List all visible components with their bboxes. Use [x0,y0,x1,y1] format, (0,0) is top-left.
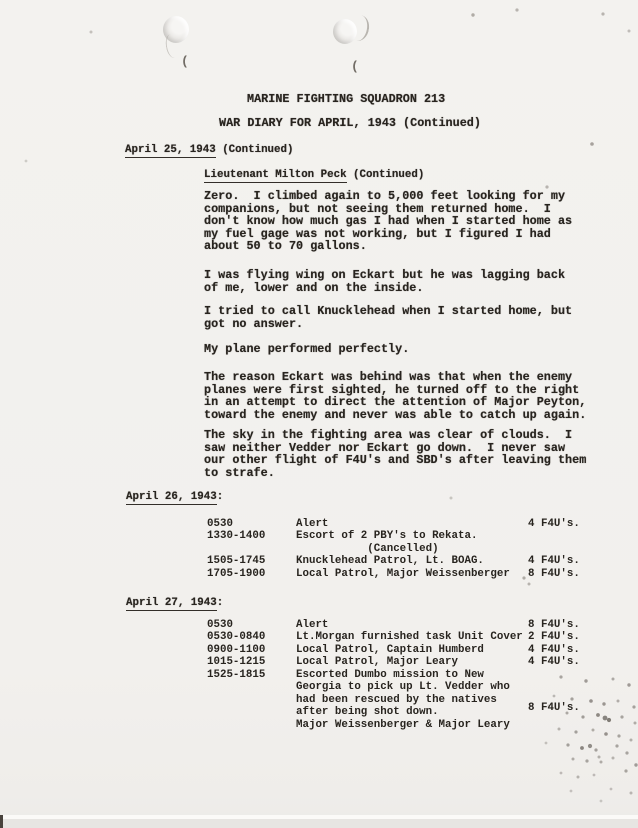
scan-bottom-band [0,819,638,828]
entry-planes: 8 F4U's. [528,568,580,580]
entry-planes: 4 F4U's. [528,555,580,567]
diary-table-apr27: 0530Alert8 F4U's. 0530-0840Lt.Morgan fur… [207,619,627,731]
scanned-war-diary-page: ( ( MARINE FIGHTING SQUADRON 213 WAR DIA… [0,0,638,828]
document-subtitle: WAR DIARY FOR APRIL, 1943 (Continued) [219,117,481,130]
entry-planes: 2 F4U's. [528,631,580,643]
document-title: MARINE FIGHTING SQUADRON 213 [247,93,445,106]
table-row: 1525-1815Escorted Dumbo mission to New G… [207,669,627,719]
section-heading-apr26: April 26, 1943: [126,491,223,503]
scan-corner-mark [0,815,3,828]
entry-planes: 8 F4U's. [528,702,580,714]
section-date-suffix-apr25: (Continued) [216,144,294,156]
paragraph: The sky in the fighting area was clear o… [204,429,586,479]
paragraph: My plane performed perfectly. [204,343,409,356]
entry-description: Alert [296,518,529,530]
entry-time: 1505-1745 [207,555,296,567]
section-heading-apr25: April 25, 1943 (Continued) [125,144,293,156]
entry-time: 1015-1215 [207,656,296,668]
paragraph: I tried to call Knucklehead when I start… [204,305,572,330]
entry-planes: 8 F4U's. [528,619,580,631]
entry-description: Major Weissenberger & Major Leary [296,719,529,731]
paragraph: The reason Eckart was behind was that wh… [204,371,586,421]
table-row: Major Weissenberger & Major Leary [207,719,627,731]
table-row: 1505-1745Knucklehead Patrol, Lt. BOAG.4 … [207,555,627,567]
entry-time: 0530 [207,518,296,530]
table-row: 0530Alert4 F4U's. [207,518,627,530]
stray-paren-mark-left: ( [181,54,189,69]
table-row: 1330-1400Escort of 2 PBY's to Rekata. (C… [207,530,627,555]
entry-time: 0900-1100 [207,644,296,656]
entry-time: 0530-0840 [207,631,296,643]
officer-name: Lieutenant Milton Peck [204,169,347,183]
entry-description: Escorted Dumbo mission to New Georgia to… [296,669,529,719]
entry-time: 1525-1815 [207,669,296,681]
entry-planes: 4 F4U's. [528,644,580,656]
entry-time: 1330-1400 [207,530,296,542]
table-row: 0900-1100Local Patrol, Captain Humberd4 … [207,644,627,656]
scan-faint-marks [0,0,2,2]
table-row: 0530Alert8 F4U's. [207,619,627,631]
entry-description: Local Patrol, Major Leary [296,656,529,668]
entry-planes: 4 F4U's. [528,518,580,530]
entry-description: Escort of 2 PBY's to Rekata. (Cancelled) [296,530,529,555]
diary-table-apr26: 0530Alert4 F4U's. 1330-1400Escort of 2 P… [207,518,627,580]
entry-time: 1705-1900 [207,568,296,580]
section-colon-apr26: : [217,491,223,503]
stray-paren-mark-right: ( [351,59,359,74]
table-row: 0530-0840Lt.Morgan furnished task Unit C… [207,631,627,643]
officer-heading: Lieutenant Milton Peck (Continued) [204,169,424,181]
officer-name-suffix: (Continued) [347,169,425,181]
entry-description: Lt.Morgan furnished task Unit Cover [296,631,529,643]
table-row: 1015-1215Local Patrol, Major Leary4 F4U'… [207,656,627,668]
paragraph: I was flying wing on Eckart but he was l… [204,269,565,294]
table-row: 1705-1900Local Patrol, Major Weissenberg… [207,568,627,580]
section-date-apr25: April 25, 1943 [125,144,216,158]
entry-time: 0530 [207,619,296,631]
entry-description: Local Patrol, Major Weissenberger [296,568,529,580]
section-heading-apr27: April 27, 1943: [126,597,223,609]
section-colon-apr27: : [217,597,223,609]
section-date-apr27: April 27, 1943 [126,597,217,611]
section-date-apr26: April 26, 1943 [126,491,217,505]
entry-description: Knucklehead Patrol, Lt. BOAG. [296,555,529,567]
entry-description: Alert [296,619,529,631]
paragraph: Zero. I climbed again to 5,000 feet look… [204,190,572,253]
entry-description: Local Patrol, Captain Humberd [296,644,529,656]
entry-planes: 4 F4U's. [528,656,580,668]
